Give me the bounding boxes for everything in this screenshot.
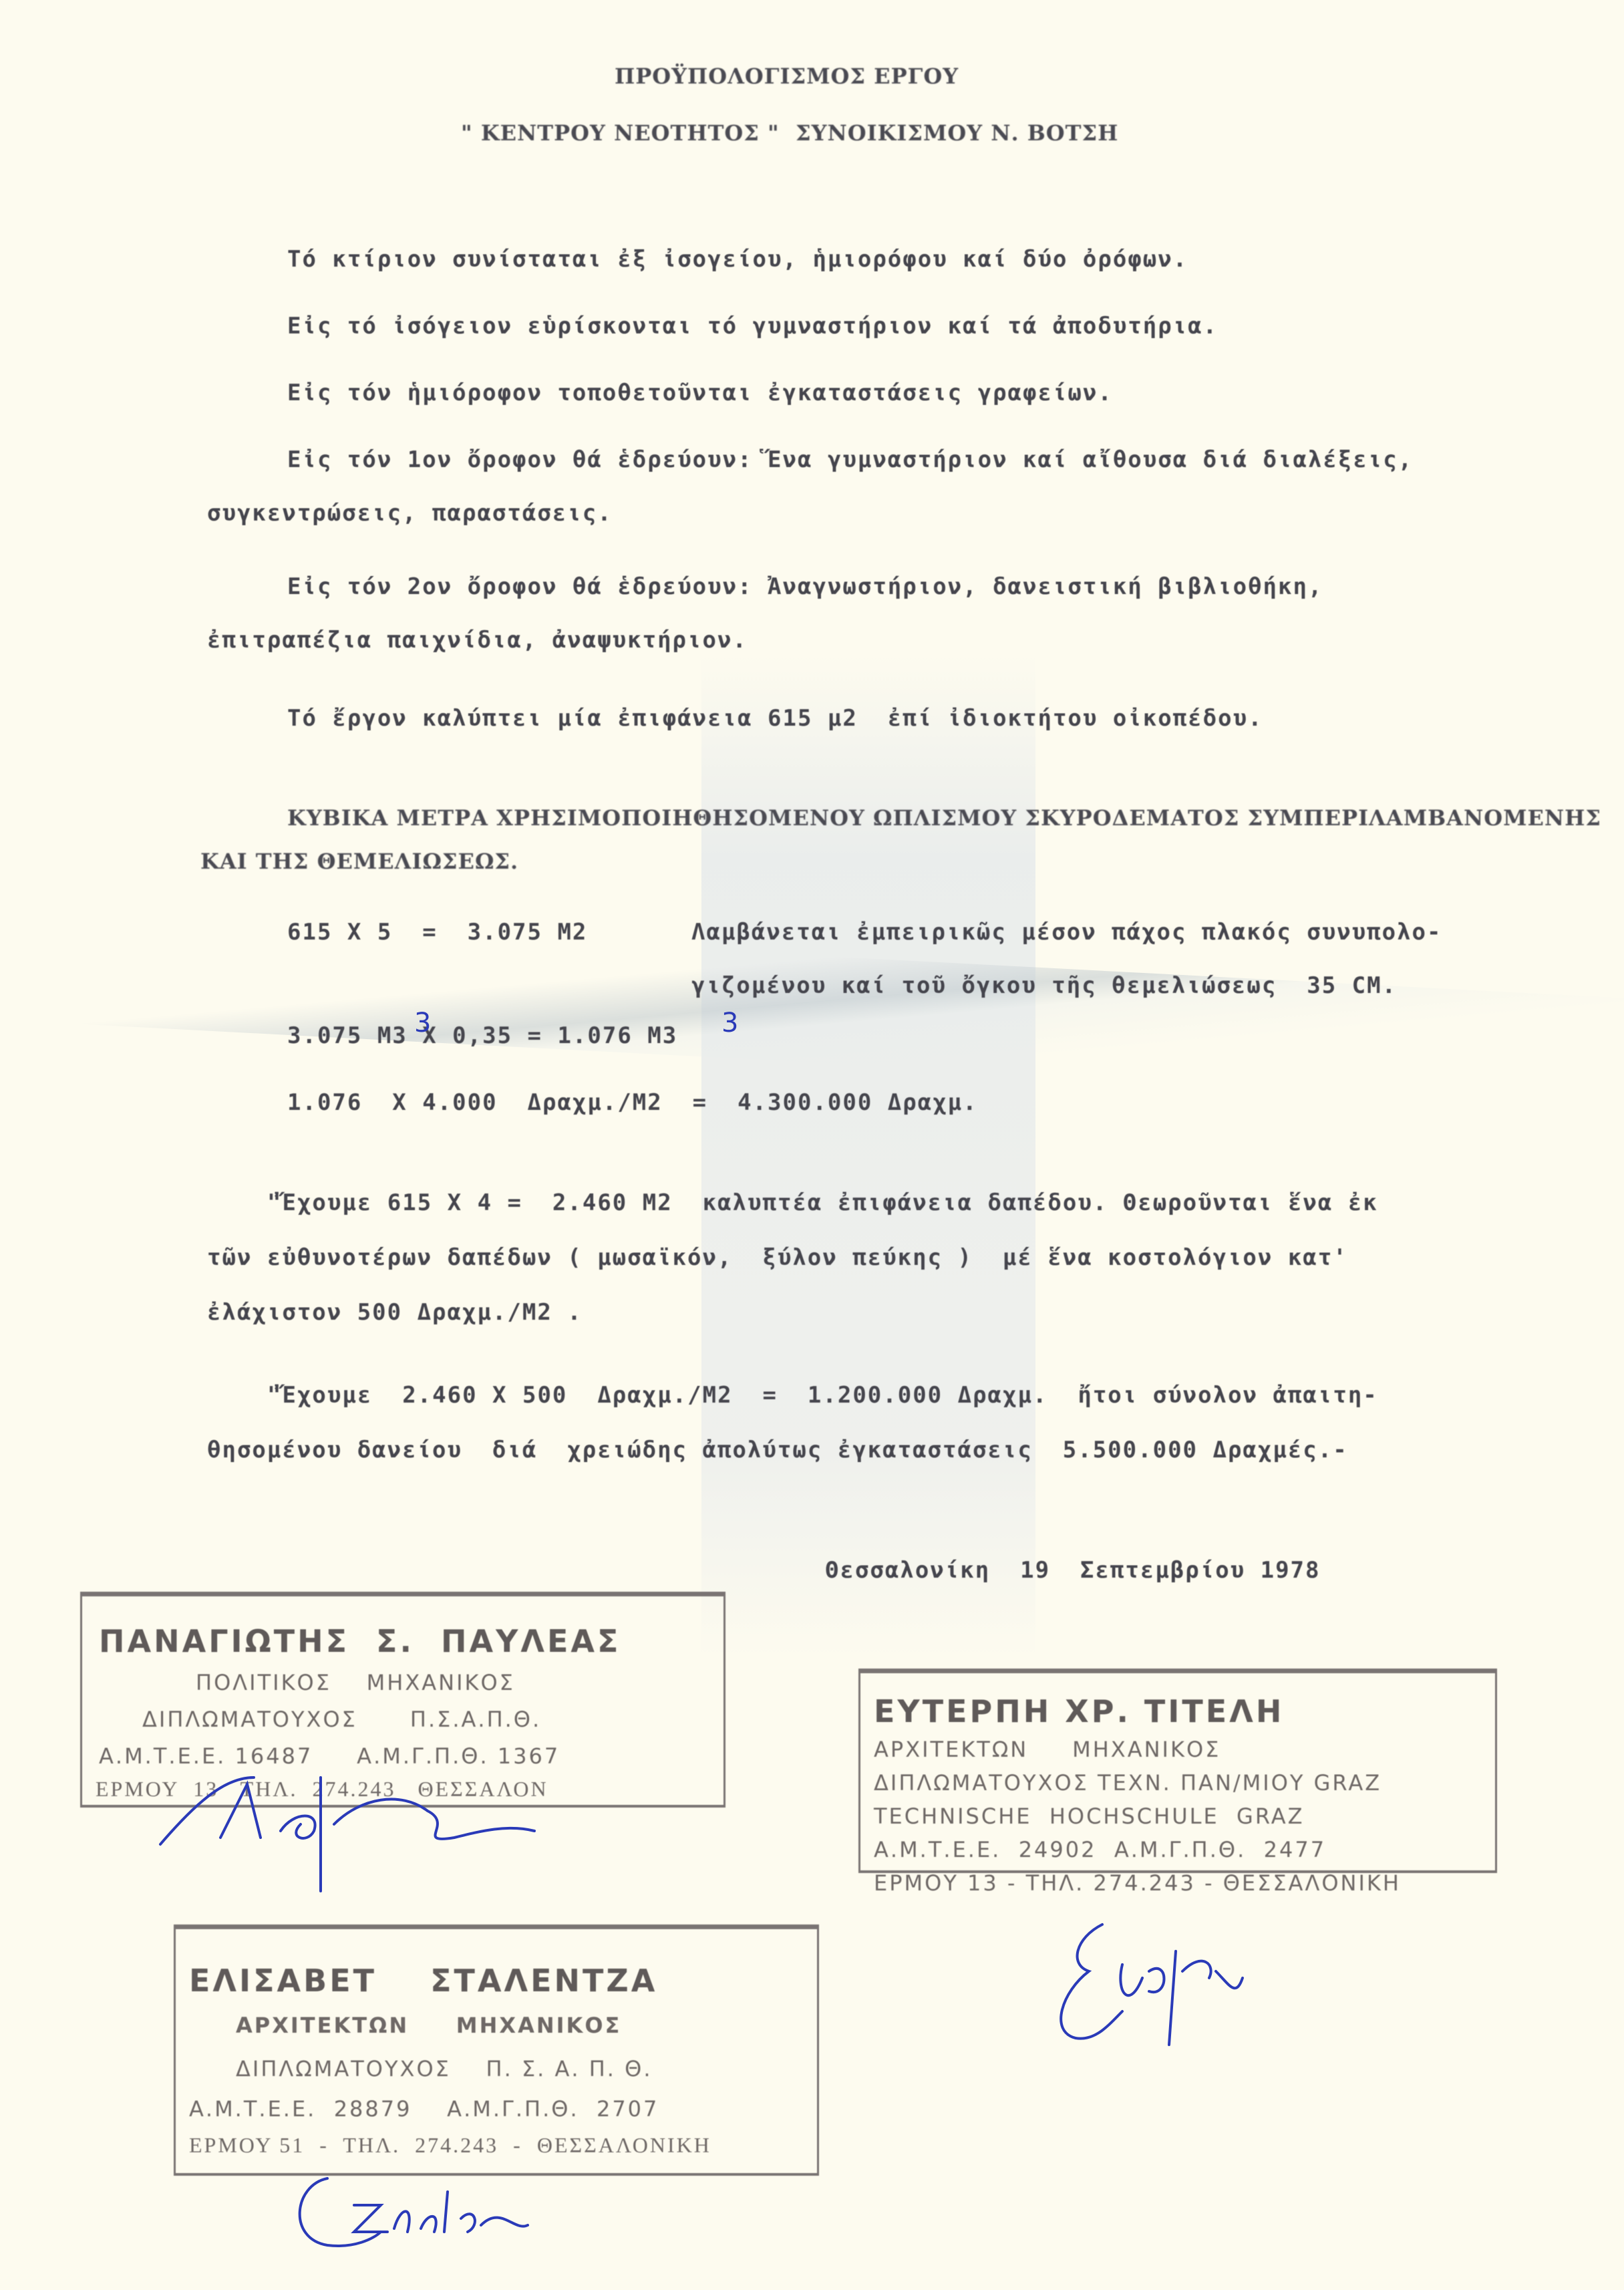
stamp-pavleas: ΠΑΝΑΓΙΩΤΗΣ Σ. ΠΑΥΛΕΑΣ ΠΟΛΙΤΙΚΟΣ ΜΗΧΑΝΙΚΟ… — [80, 1592, 725, 1808]
paragraph-second-floor-cont: ἐπιτραπέζια παιχνίδια, ἀναψυκτήριον. — [207, 627, 748, 654]
paragraph-building-composition: Τό κτίριον συνίσταται ἐξ ἰσογείου, ἡμιορ… — [287, 246, 1188, 273]
paragraph-ground-floor: Εἰς τό ἰσόγειον εὑρίσκονται τό γυμναστήρ… — [287, 313, 1218, 339]
stamp-registry: Α.Μ.Τ.Ε.Ε. 24902 Α.Μ.Γ.Π.Θ. 2477 — [874, 1837, 1326, 1862]
signature-titeli-icon — [1035, 1911, 1303, 2058]
section-heading-concrete-cont: ΚΑΙ ΤΗΣ ΘΕΜΕΛΙΩΣΕΩΣ. — [200, 849, 518, 874]
calc-volume-formula: 3.075 M3 X 0,35 = 1.076 M3 — [287, 1022, 677, 1049]
paragraph-floor-area-cont2: ἐλάχιστον 500 Δραχμ./M2 . — [207, 1299, 583, 1326]
paragraph-floor-area-cont: τῶν εὐθυνοτέρων δαπέδων ( μωσαϊκόν, ξύλο… — [207, 1244, 1348, 1271]
handwritten-cube-mark: 3 — [721, 1008, 738, 1038]
place-date: Θεσσαλονίκη 19 Σεπτεμβρίου 1978 — [825, 1557, 1321, 1584]
stamp-name: ΕΥΤΕΡΠΗ ΧΡ. ΤΙΤΕΛΗ — [874, 1693, 1284, 1729]
document-title: ΠΡΟΫΠΟΛΟΓΙΣΜΟΣ ΕΡΓΟΥ — [615, 63, 959, 89]
paragraph-floor-area: "Ἔχουμε 615 Χ 4 = 2.460 M2 καλυπτέα ἐπιφ… — [267, 1189, 1378, 1216]
stamp-address: ΕΡΜΟΥ 13 ΤΗΛ. 274.243 ΘΕΣΣΑΛΟΝ — [96, 1777, 548, 1802]
calc-note-line-a: Λαμβάνεται ἐμπειρικῶς μέσον πάχος πλακός… — [691, 919, 1442, 946]
stamp-name: ΕΛΙΣΑΒΕΤ ΣΤΑΛΕΝΤΖΑ — [189, 1963, 657, 1999]
section-heading-concrete: ΚΥΒΙΚΑ ΜΕΤΡΑ ΧΡΗΣΙΜΟΠΟΙΗΘΗΣΟΜΕΝΟΥ ΩΠΛΙΣΜ… — [287, 805, 1601, 831]
signature-stalentza-icon — [281, 2165, 615, 2265]
paragraph-first-floor: Εἰς τόν 1ον ὄροφον θά ἑδρεύουν: Ἕνα γυμν… — [287, 446, 1413, 473]
stamp-titeli: ΕΥΤΕΡΠΗ ΧΡ. ΤΙΤΕΛΗ ΑΡΧΙΤΕΚΤΩΝ ΜΗΧΑΝΙΚΟΣ … — [858, 1669, 1497, 1873]
stamp-name: ΠΑΝΑΓΙΩΤΗΣ Σ. ΠΑΥΛΕΑΣ — [99, 1623, 621, 1659]
stamp-registry: Α.Μ.Τ.Ε.Ε. 28879 Α.Μ.Γ.Π.Θ. 2707 — [189, 2096, 659, 2122]
calc-area-formula: 615 X 5 = 3.075 M2 — [287, 919, 587, 946]
stamp-role: ΑΡΧΙΤΕΚΤΩΝ ΜΗΧΑΝΙΚΟΣ — [236, 2013, 621, 2038]
stamp-registry: Α.Μ.Τ.Ε.Ε. 16487 Α.Μ.Γ.Π.Θ. 1367 — [99, 1743, 560, 1769]
stamp-role: ΠΟΛΙΤΙΚΟΣ ΜΗΧΑΝΙΚΟΣ — [196, 1670, 515, 1695]
handwritten-cube-mark: 3 — [414, 1008, 431, 1038]
paragraph-second-floor: Εἰς τόν 2ον ὄροφον θά ἑδρεύουν: Ἀναγνωστ… — [287, 573, 1323, 600]
stamp-diploma: ΔΙΠΛΩΜΑΤΟΥΧΟΣ Π.Σ.Α.Π.Θ. — [142, 1707, 541, 1732]
paragraph-mezzanine: Εἰς τόν ἡμιόροφον τοποθετοῦνται ἐγκαταστ… — [287, 380, 1113, 406]
paragraph-total: "Ἔχουμε 2.460 Χ 500 Δραχμ./M2 = 1.200.00… — [267, 1382, 1378, 1409]
stamp-role: ΑΡΧΙΤΕΚΤΩΝ ΜΗΧΑΝΙΚΟΣ — [874, 1737, 1221, 1762]
stamp-stalentza: ΕΛΙΣΑΒΕΤ ΣΤΑΛΕΝΤΖΑ ΑΡΧΙΤΕΚΤΩΝ ΜΗΧΑΝΙΚΟΣ … — [174, 1924, 819, 2176]
calc-note-line-b: γιζομένου καί τοῦ ὄγκου τῆς θεμελιώσεως … — [691, 972, 1397, 999]
stamp-diploma: ΔΙΠΛΩΜΑΤΟΥΧΟΣ Π. Σ. Α. Π. Θ. — [236, 2056, 653, 2082]
paragraph-first-floor-cont: συγκεντρώσεις, παραστάσεις. — [207, 500, 613, 527]
paragraph-site-area: Τό ἔργον καλύπτει μία ἐπιφάνεια 615 μ2 ἐ… — [287, 705, 1263, 732]
calc-cost-formula: 1.076 X 4.000 Δραχμ./M2 = 4.300.000 Δραχ… — [287, 1089, 978, 1116]
stamp-address: ΕΡΜΟΥ 13 - ΤΗΛ. 274.243 - ΘΕΣΣΑΛΟΝΙΚΗ — [874, 1870, 1401, 1896]
stamp-address: ΕΡΜΟΥ 51 - ΤΗΛ. 274.243 - ΘΕΣΣΑΛΟΝΙΚΗ — [189, 2133, 711, 2158]
document-subtitle: " ΚΕΝΤΡΟΥ ΝΕΟΤΗΤΟΣ " ΣΥΝΟΙΚΙΣΜΟΥ Ν. ΒΟΤΣ… — [461, 120, 1118, 146]
paragraph-total-cont: θησομένου δανείου διά χρειώδης ἀπολύτως … — [207, 1437, 1348, 1463]
stamp-diploma: ΔΙΠΛΩΜΑΤΟΥΧΟΣ ΤΕΧΝ. ΠΑΝ/ΜΙΟΥ GRAZ — [874, 1770, 1382, 1796]
stamp-school: TECHNISCHE HOCHSCHULE GRAZ — [874, 1804, 1305, 1829]
